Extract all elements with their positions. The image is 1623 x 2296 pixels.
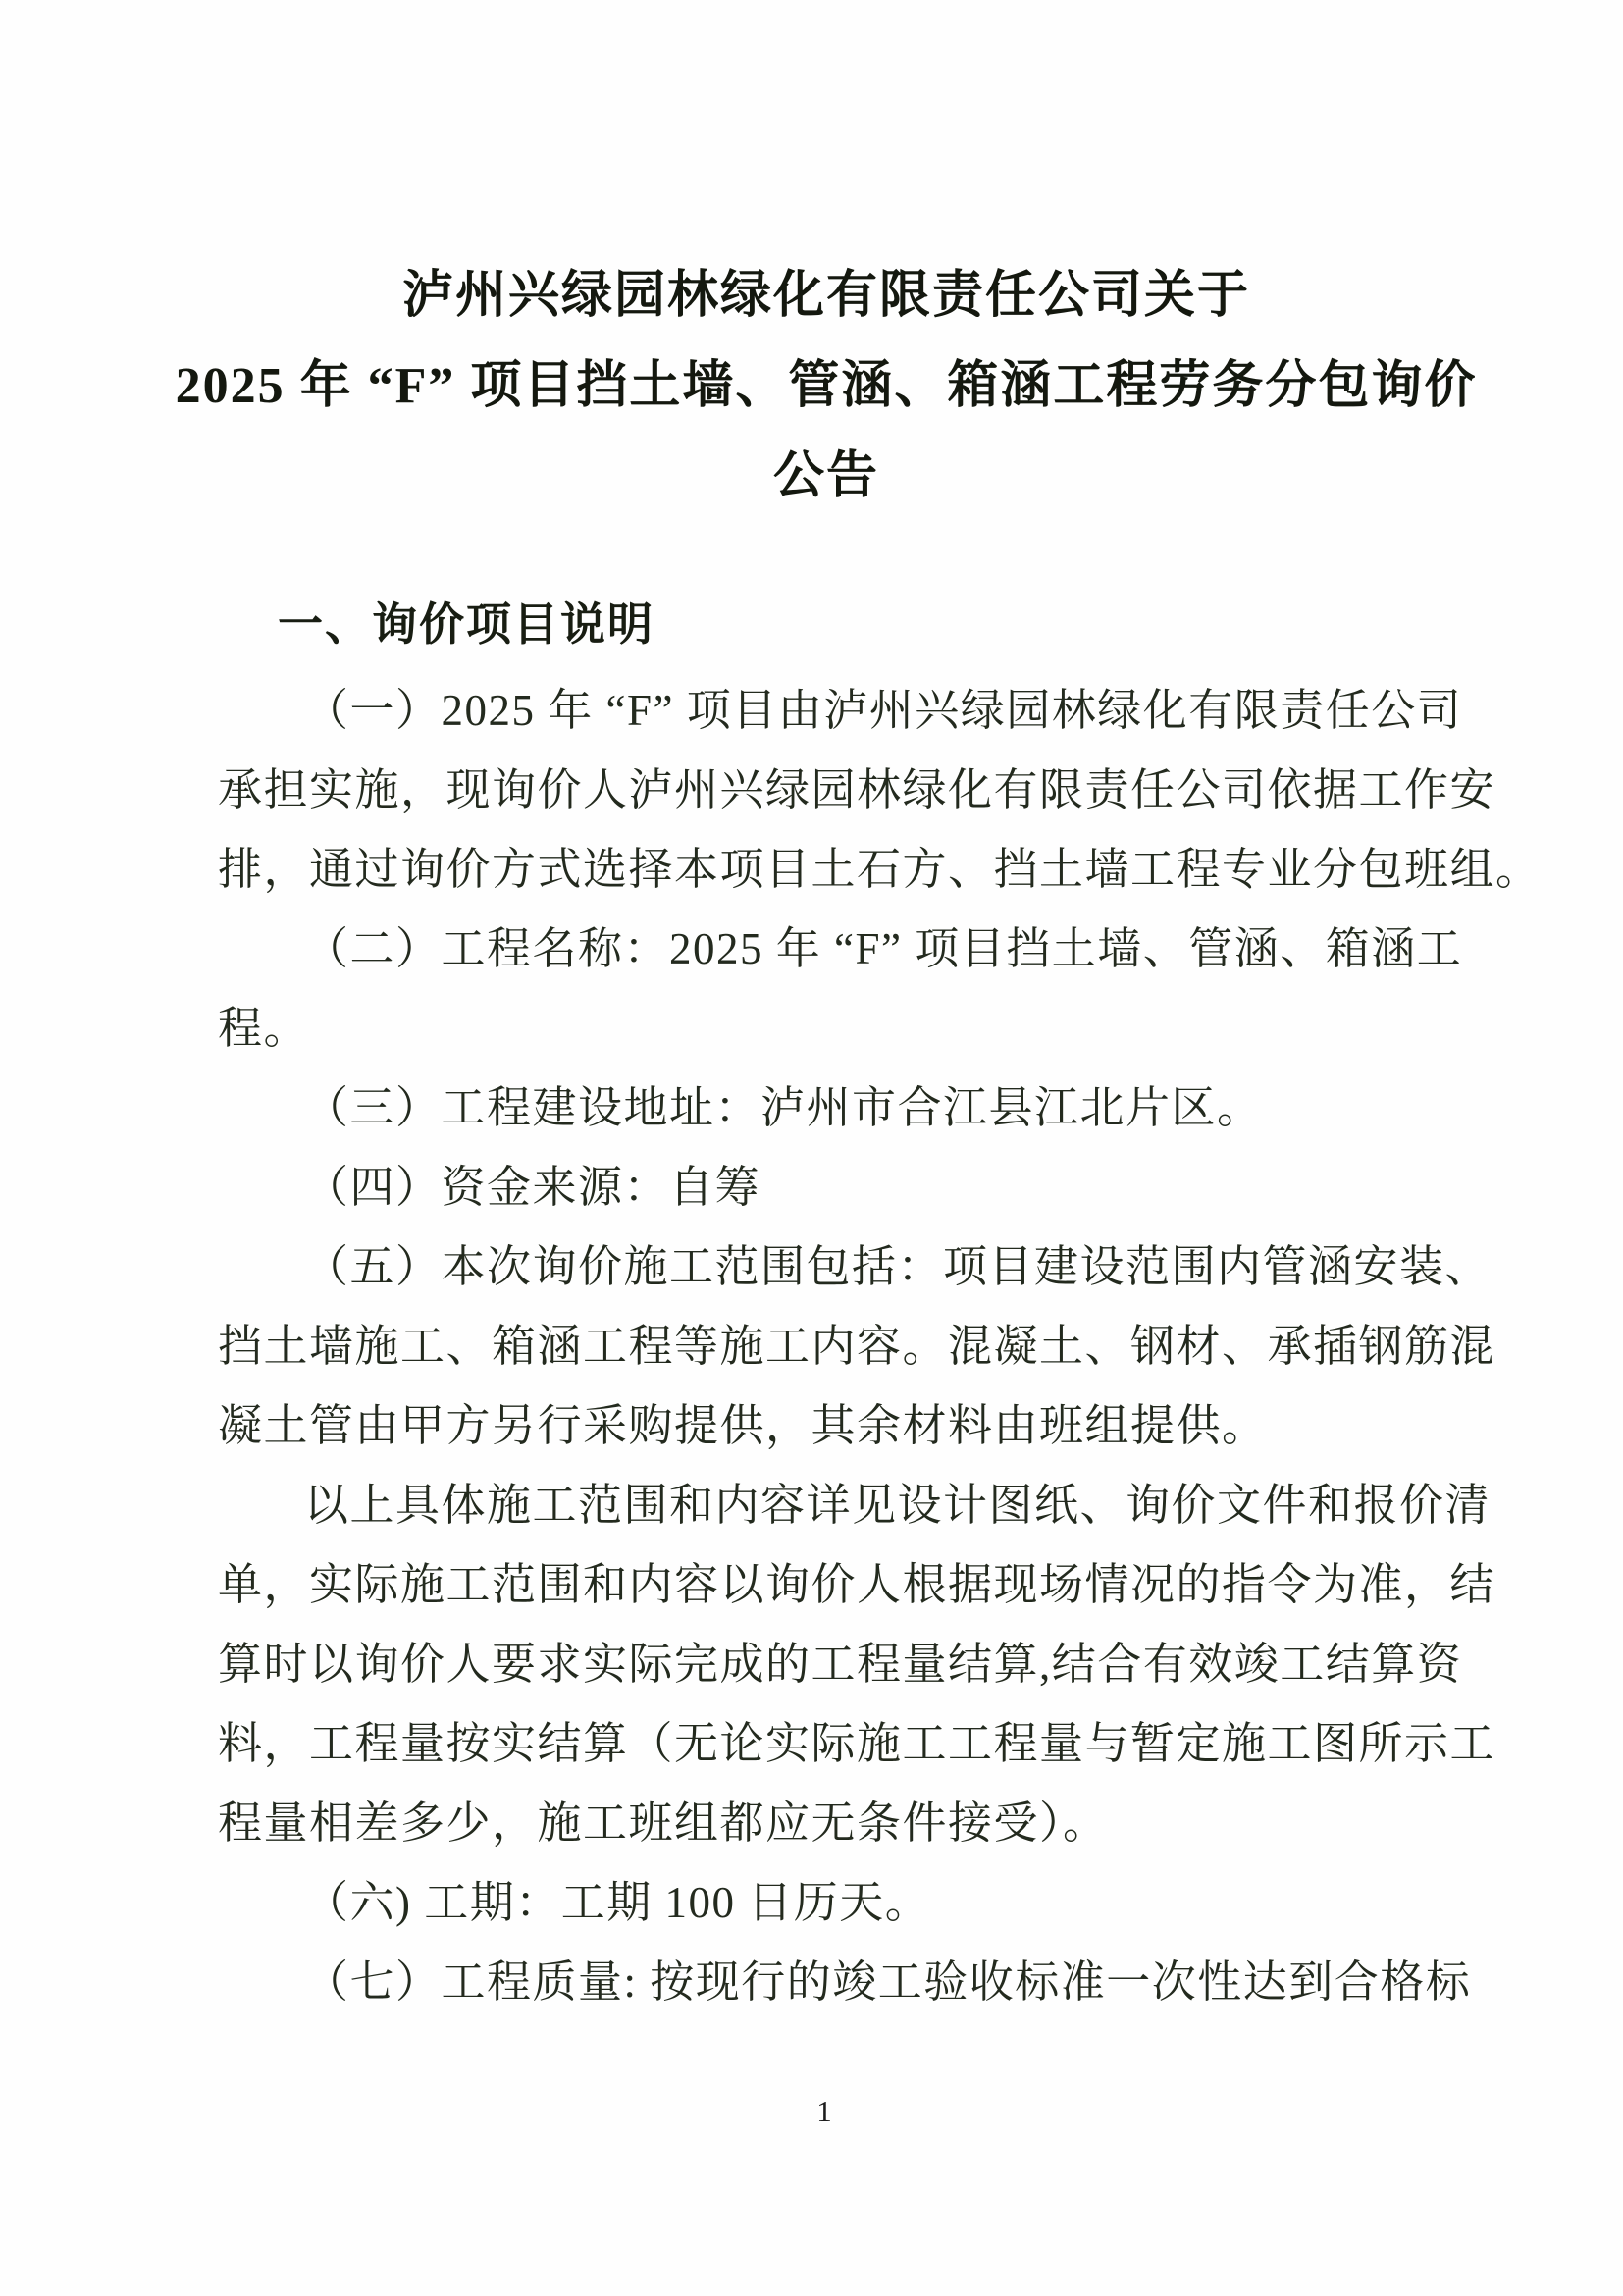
body-line-7: （四）资金来源：自筹	[218, 1148, 1493, 1227]
page-number: 1	[0, 2090, 1623, 2133]
document-page: 泸州兴绿园林绿化有限责任公司关于 2025 年 “F” 项目挡土墙、管涵、箱涵工…	[0, 0, 1623, 2296]
body-line-2: 承担实施，现询价人泸州兴绿园林绿化有限责任公司依据工作安	[218, 751, 1493, 830]
body-line-15: 程量相差多少，施工班组都应无条件接受）。	[218, 1784, 1493, 1863]
body-line-13: 算时以询价人要求实际完成的工程量结算,结合有效竣工结算资	[218, 1625, 1493, 1704]
body-line-4: （二）工程名称：2025 年 “F” 项目挡土墙、管涵、箱涵工	[218, 910, 1493, 989]
body-line-8: （五）本次询价施工范围包括：项目建设范围内管涵安装、	[218, 1227, 1493, 1307]
body-line-14: 料，工程量按实结算（无论实际施工工程量与暂定施工图所示工	[218, 1704, 1493, 1784]
body-line-16: （六) 工期：工期 100 日历天。	[218, 1863, 1493, 1943]
body-line-10: 凝土管由甲方另行采购提供，其余材料由班组提供。	[218, 1386, 1493, 1466]
body-line-6: （三）工程建设地址：泸州市合江县江北片区。	[218, 1069, 1493, 1148]
body-line-11: 以上具体施工范围和内容详见设计图纸、询价文件和报价清	[218, 1466, 1493, 1545]
title-line-3: 公告	[167, 432, 1486, 522]
title-line-1: 泸州兴绿园林绿化有限责任公司关于	[167, 251, 1486, 341]
body-line-5: 程。	[218, 989, 1493, 1069]
body-line-1: （一）2025 年 “F” 项目由泸州兴绿园林绿化有限责任公司	[218, 671, 1493, 751]
section-heading: 一、询价项目说明	[278, 593, 654, 655]
body-line-17: （七）工程质量: 按现行的竣工验收标准一次性达到合格标	[218, 1943, 1493, 2022]
title-line-2: 2025 年 “F” 项目挡土墙、管涵、箱涵工程劳务分包询价	[167, 341, 1486, 432]
document-body: （一）2025 年 “F” 项目由泸州兴绿园林绿化有限责任公司 承担实施，现询价…	[218, 671, 1493, 2022]
document-title: 泸州兴绿园林绿化有限责任公司关于 2025 年 “F” 项目挡土墙、管涵、箱涵工…	[167, 251, 1486, 522]
body-line-9: 挡土墙施工、箱涵工程等施工内容。混凝土、钢材、承插钢筋混	[218, 1307, 1493, 1386]
body-line-12: 单，实际施工范围和内容以询价人根据现场情况的指令为准，结	[218, 1545, 1493, 1625]
body-line-3: 排，通过询价方式选择本项目土石方、挡土墙工程专业分包班组。	[218, 830, 1493, 910]
